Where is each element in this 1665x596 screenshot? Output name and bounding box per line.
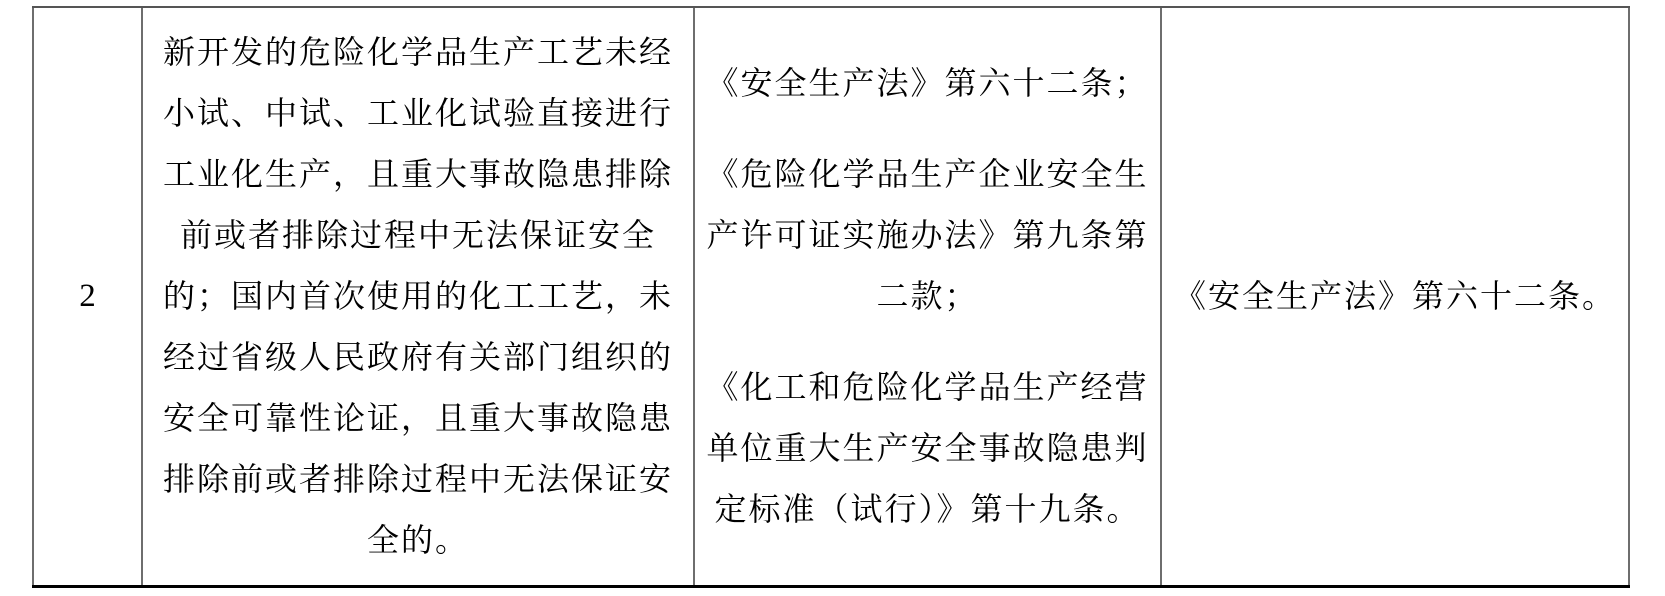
document-page: 2 新开发的危险化学品生产工艺未经小试、中试、工业化试验直接进行工业化生产，且重… (0, 0, 1665, 596)
determination-basis-cell: 《安全生产法》第六十二条； 《危险化学品生产企业安全生产许可证实施办法》第九条第… (693, 8, 1160, 585)
row-number-cell: 2 (32, 8, 141, 585)
basis-paragraph-2: 《危险化学品生产企业安全生产许可证实施办法》第九条第二款； (700, 144, 1155, 327)
basis-paragraph-3: 《化工和危险化学品生产经营单位重大生产安全事故隐患判定标准（试行）》第十九条。 (700, 357, 1155, 540)
legal-reference-text: 《安全生产法》第六十二条。 (1174, 266, 1616, 327)
hazard-description-text: 新开发的危险化学品生产工艺未经小试、中试、工业化试验直接进行工业化生产，且重大事… (148, 22, 688, 571)
basis-paragraph-1: 《安全生产法》第六十二条； (706, 53, 1148, 114)
regulation-table-row: 2 新开发的危险化学品生产工艺未经小试、中试、工业化试验直接进行工业化生产，且重… (32, 6, 1630, 588)
legal-reference-cell: 《安全生产法》第六十二条。 (1160, 8, 1630, 585)
hazard-description-cell: 新开发的危险化学品生产工艺未经小试、中试、工业化试验直接进行工业化生产，且重大事… (141, 8, 693, 585)
row-number: 2 (79, 266, 96, 327)
